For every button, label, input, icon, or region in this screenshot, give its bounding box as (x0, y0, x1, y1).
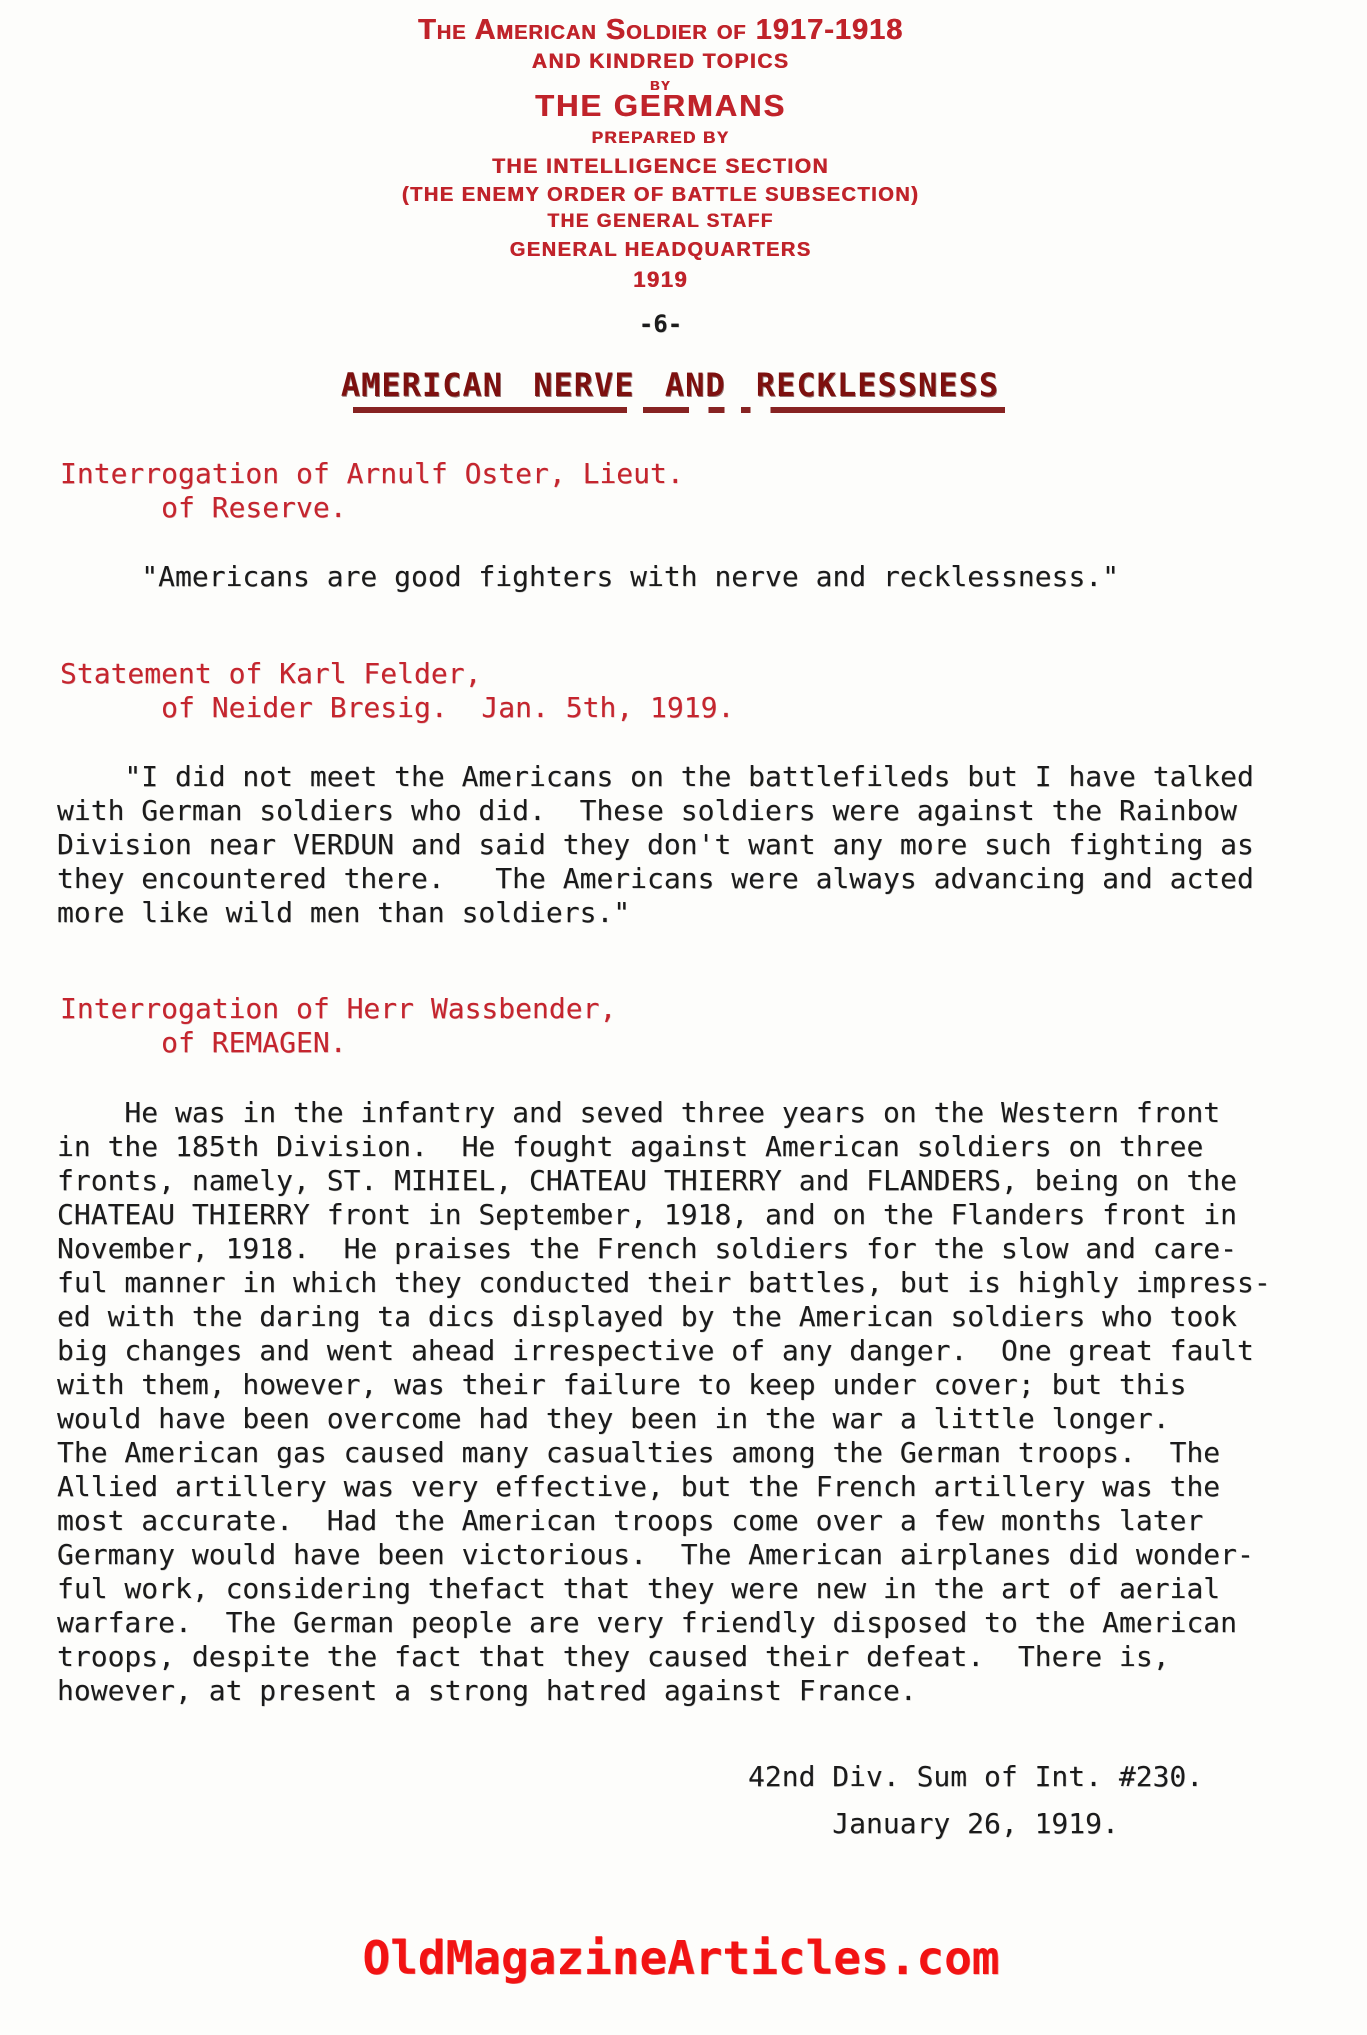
article-title-underline (353, 407, 1005, 413)
page-number: -6- (0, 307, 1321, 341)
masthead-author: THE GERMANS (0, 90, 1321, 121)
section-3-paragraph: He was in the infantry and seved three y… (57, 1096, 1271, 1708)
section-1-heading: Interrogation of Arnulf Oster, Lieut. of… (60, 457, 684, 525)
masthead-subsection: (THE ENEMY ORDER OF BATTLE SUBSECTION) (0, 185, 1321, 205)
section-3-heading: Interrogation of Herr Wassbender, of REM… (60, 992, 616, 1060)
article-title: AMERICAN NERVE AND RECKLESSNESS (0, 368, 1340, 402)
section-1-quote: "Americans are good fighters with nerve … (57, 560, 1119, 594)
masthead-subtitle: AND KINDRED TOPICS (0, 51, 1321, 72)
document-page: The American Soldier of 1917-1918 AND KI… (0, 0, 1367, 2035)
section-2-paragraph: "I did not meet the Americans on the bat… (57, 760, 1254, 930)
citation: 42nd Div. Sum of Int. #230. January 26, … (748, 1753, 1203, 1847)
watermark: OldMagazineArticles.com (0, 1933, 1362, 1983)
masthead-intelligence-section: THE INTELLIGENCE SECTION (0, 156, 1321, 177)
masthead-general-staff: THE GENERAL STAFF (0, 212, 1321, 231)
section-2-heading: Statement of Karl Felder, of Neider Bres… (60, 657, 734, 725)
masthead-title-line: The American Soldier of 1917-1918 (0, 16, 1321, 45)
masthead-prepared-by: PREPARED BY (0, 129, 1321, 146)
masthead-year: 1919 (0, 269, 1321, 291)
masthead-general-headquarters: GENERAL HEADQUARTERS (0, 240, 1321, 260)
